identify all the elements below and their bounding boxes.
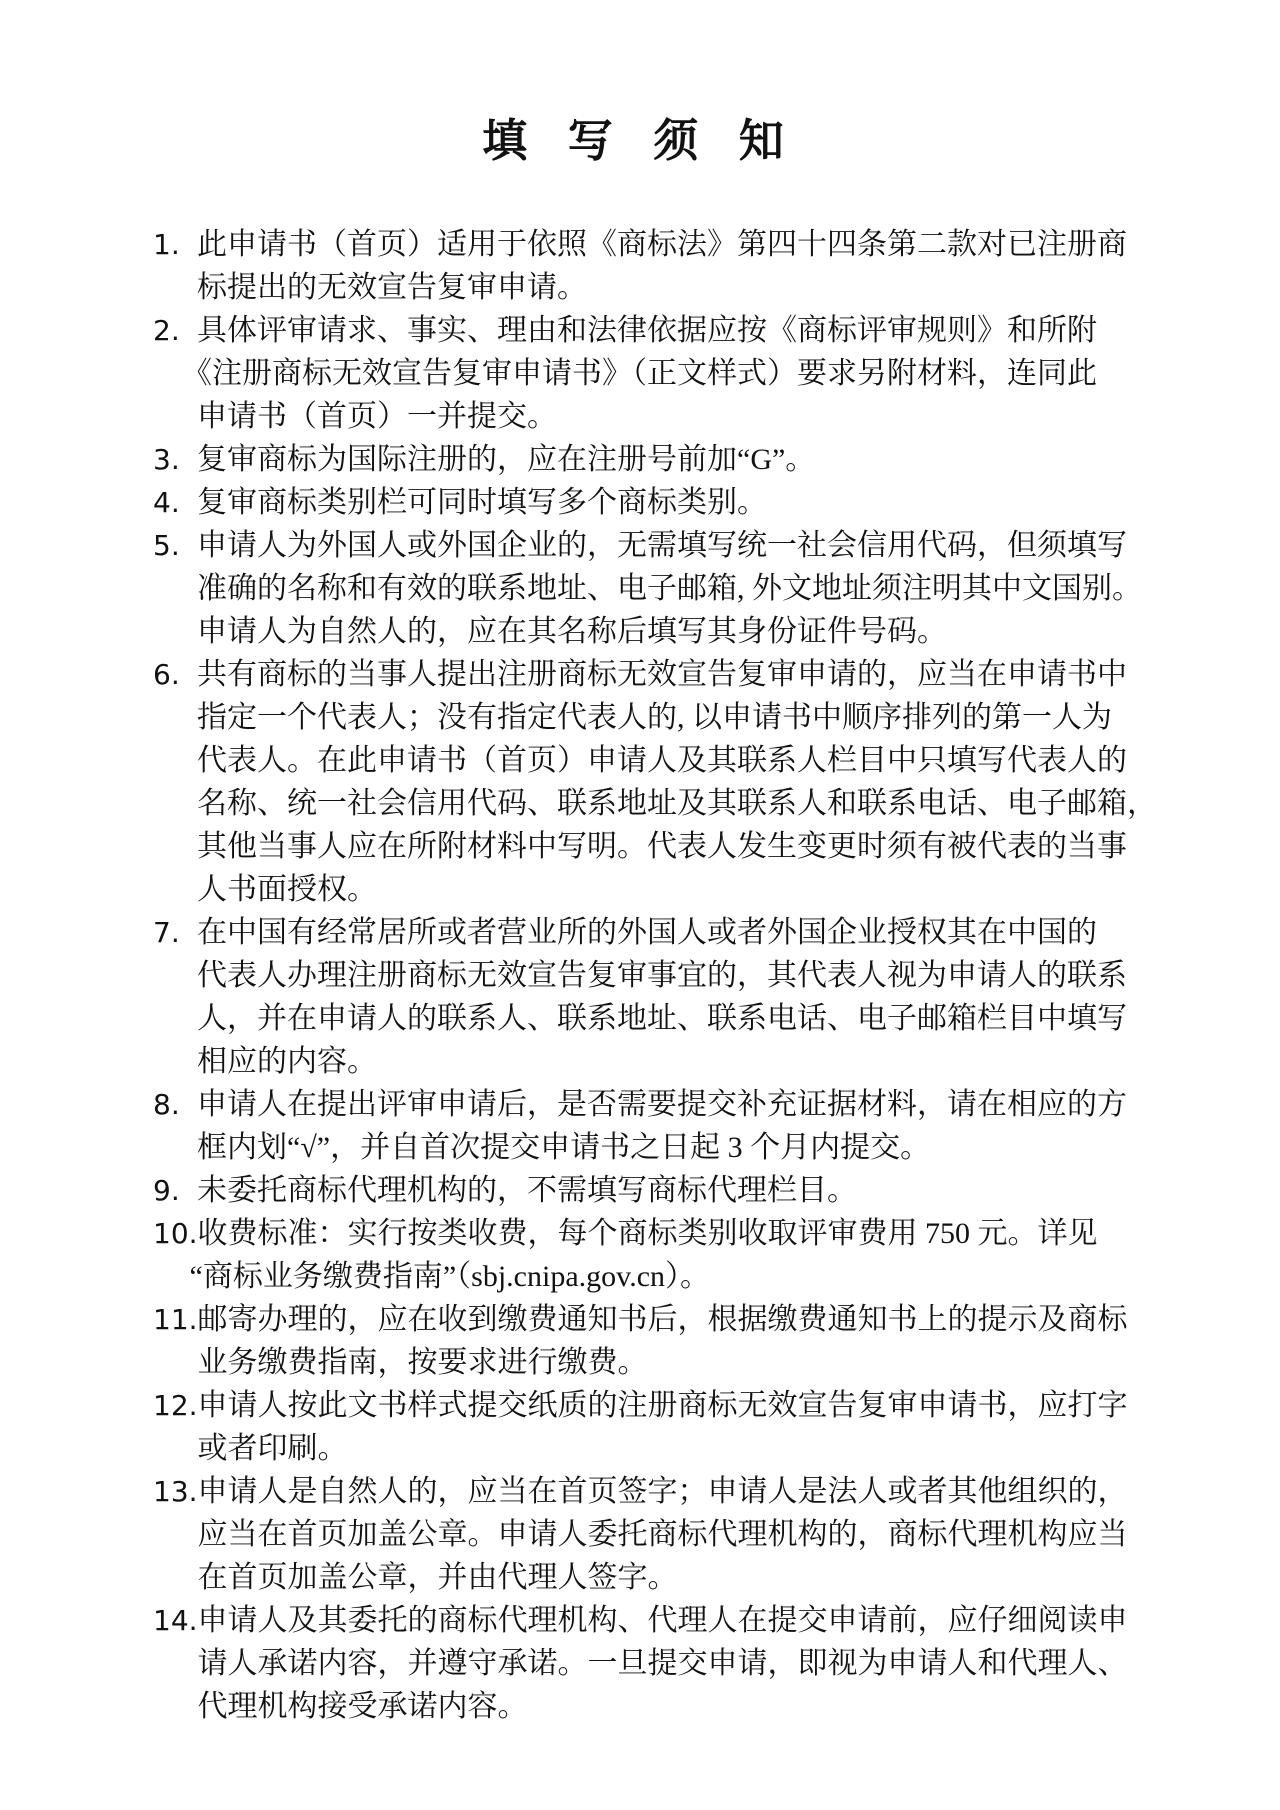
- notice-line: 代理机构接受承诺内容。: [198, 1685, 1163, 1728]
- notice-item-text: 申请人是自然人的，应当在首页签字；申请人是法人或者其他组织的， 应当在首页加盖公…: [198, 1470, 1163, 1599]
- notice-line: 未委托商标代理机构的，不需填写商标代理栏目。: [197, 1169, 1163, 1212]
- notice-line: 申请人为外国人或外国企业的，无需填写统一社会信用代码，但须填写: [197, 524, 1163, 567]
- notice-list: 1. 此申请书（首页）适用于依照《商标法》第四十四条第二款对已注册商 标提出的无…: [153, 223, 1163, 1728]
- notice-item-number: 1.: [153, 223, 197, 266]
- notice-line: 申请人是自然人的，应当在首页签字；申请人是法人或者其他组织的，: [198, 1470, 1163, 1513]
- notice-item-number: 12.: [153, 1384, 198, 1427]
- notice-item-5: 5. 申请人为外国人或外国企业的，无需填写统一社会信用代码，但须填写 准确的名称…: [153, 524, 1163, 653]
- notice-item-9: 9. 未委托商标代理机构的，不需填写商标代理栏目。: [153, 1169, 1163, 1212]
- notice-item-number: 2.: [153, 309, 197, 352]
- notice-item-number: 4.: [153, 481, 197, 524]
- notice-line: 复审商标为国际注册的，应在注册号前加“G”。: [197, 438, 1163, 481]
- notice-line: 应当在首页加盖公章。申请人委托商标代理机构的，商标代理机构应当: [198, 1513, 1163, 1556]
- notice-item-number: 5.: [153, 524, 197, 567]
- notice-line: 相应的内容。: [197, 1040, 1163, 1083]
- notice-line: 业务缴费指南，按要求进行缴费。: [198, 1341, 1163, 1384]
- notice-item-text: 申请人按此文书样式提交纸质的注册商标无效宣告复审申请书，应打字 或者印刷。: [198, 1384, 1163, 1470]
- notice-line: 指定一个代表人；没有指定代表人的, 以申请书中顺序排列的第一人为: [197, 696, 1163, 739]
- notice-item-10: 10. 收费标准：实行按类收费，每个商标类别收取评审费用 750 元。详见 “商…: [153, 1212, 1163, 1298]
- notice-line: 复审商标类别栏可同时填写多个商标类别。: [197, 481, 1163, 524]
- notice-item-text: 收费标准：实行按类收费，每个商标类别收取评审费用 750 元。详见 “商标业务缴…: [198, 1212, 1163, 1298]
- notice-line: 申请书（首页）一并提交。: [197, 395, 1163, 438]
- notice-item-13: 13. 申请人是自然人的，应当在首页签字；申请人是法人或者其他组织的， 应当在首…: [153, 1470, 1163, 1599]
- notice-item-text: 共有商标的当事人提出注册商标无效宣告复审申请的，应当在申请书中 指定一个代表人；…: [197, 653, 1163, 911]
- document-page: 填 写 须 知 1. 此申请书（首页）适用于依照《商标法》第四十四条第二款对已注…: [0, 0, 1280, 1810]
- notice-line: 申请人按此文书样式提交纸质的注册商标无效宣告复审申请书，应打字: [198, 1384, 1163, 1427]
- notice-item-number: 11.: [153, 1298, 198, 1341]
- notice-line: 准确的名称和有效的联系地址、电子邮箱, 外文地址须注明其中文国别。: [197, 567, 1163, 610]
- notice-item-6: 6. 共有商标的当事人提出注册商标无效宣告复审申请的，应当在申请书中 指定一个代…: [153, 653, 1163, 911]
- notice-line: 请人承诺内容，并遵守承诺。一旦提交申请，即视为申请人和代理人、: [198, 1642, 1163, 1685]
- notice-item-text: 邮寄办理的，应在收到缴费通知书后，根据缴费通知书上的提示及商标 业务缴费指南，按…: [198, 1298, 1163, 1384]
- notice-item-number: 3.: [153, 438, 197, 481]
- notice-item-3: 3. 复审商标为国际注册的，应在注册号前加“G”。: [153, 438, 1163, 481]
- notice-line: 名称、统一社会信用代码、联系地址及其联系人和联系电话、电子邮箱，: [197, 782, 1163, 825]
- notice-item-text: 此申请书（首页）适用于依照《商标法》第四十四条第二款对已注册商 标提出的无效宣告…: [197, 223, 1163, 309]
- notice-item-12: 12. 申请人按此文书样式提交纸质的注册商标无效宣告复审申请书，应打字 或者印刷…: [153, 1384, 1163, 1470]
- notice-line: 《注册商标无效宣告复审申请书》（正文样式）要求另附材料，连同此: [182, 352, 1163, 395]
- notice-item-11: 11. 邮寄办理的，应在收到缴费通知书后，根据缴费通知书上的提示及商标 业务缴费…: [153, 1298, 1163, 1384]
- notice-item-text: 复审商标类别栏可同时填写多个商标类别。: [197, 481, 1163, 524]
- notice-item-7: 7. 在中国有经常居所或者营业所的外国人或者外国企业授权其在中国的 代表人办理注…: [153, 911, 1163, 1083]
- notice-item-text: 申请人为外国人或外国企业的，无需填写统一社会信用代码，但须填写 准确的名称和有效…: [197, 524, 1163, 653]
- notice-item-text: 申请人及其委托的商标代理机构、代理人在提交申请前，应仔细阅读申 请人承诺内容，并…: [198, 1599, 1163, 1728]
- notice-item-text: 在中国有经常居所或者营业所的外国人或者外国企业授权其在中国的 代表人办理注册商标…: [197, 911, 1163, 1083]
- notice-item-text: 具体评审请求、事实、理由和法律依据应按《商标评审规则》和所附 《注册商标无效宣告…: [197, 309, 1163, 438]
- notice-item-8: 8. 申请人在提出评审申请后，是否需要提交补充证据材料，请在相应的方 框内划“√…: [153, 1083, 1163, 1169]
- notice-line: 申请人及其委托的商标代理机构、代理人在提交申请前，应仔细阅读申: [198, 1599, 1163, 1642]
- document-title: 填 写 须 知: [0, 104, 1280, 169]
- notice-line: 邮寄办理的，应在收到缴费通知书后，根据缴费通知书上的提示及商标: [198, 1298, 1163, 1341]
- notice-item-text: 复审商标为国际注册的，应在注册号前加“G”。: [197, 438, 1163, 481]
- notice-item-4: 4. 复审商标类别栏可同时填写多个商标类别。: [153, 481, 1163, 524]
- notice-line: 其他当事人应在所附材料中写明。代表人发生变更时须有被代表的当事: [197, 825, 1163, 868]
- notice-line: 代表人办理注册商标无效宣告复审事宜的，其代表人视为申请人的联系: [197, 954, 1163, 997]
- notice-line: 框内划“√”，并自首次提交申请书之日起 3 个月内提交。: [197, 1126, 1163, 1169]
- notice-line: 人书面授权。: [197, 868, 1163, 911]
- notice-line: 在中国有经常居所或者营业所的外国人或者外国企业授权其在中国的: [197, 911, 1163, 954]
- notice-item-number: 6.: [153, 653, 197, 696]
- notice-item-number: 8.: [153, 1083, 197, 1126]
- notice-item-number: 10.: [153, 1212, 198, 1255]
- notice-line: 代表人。在此申请书（首页）申请人及其联系人栏目中只填写代表人的: [197, 739, 1163, 782]
- notice-item-1: 1. 此申请书（首页）适用于依照《商标法》第四十四条第二款对已注册商 标提出的无…: [153, 223, 1163, 309]
- notice-item-14: 14. 申请人及其委托的商标代理机构、代理人在提交申请前，应仔细阅读申 请人承诺…: [153, 1599, 1163, 1728]
- notice-line: “商标业务缴费指南”（sbj.cnipa.gov.cn）。: [190, 1255, 1163, 1298]
- notice-line: 此申请书（首页）适用于依照《商标法》第四十四条第二款对已注册商: [197, 223, 1163, 266]
- notice-item-number: 9.: [153, 1169, 197, 1212]
- notice-item-text: 未委托商标代理机构的，不需填写商标代理栏目。: [197, 1169, 1163, 1212]
- notice-line: 申请人为自然人的，应在其名称后填写其身份证件号码。: [197, 610, 1163, 653]
- notice-item-2: 2. 具体评审请求、事实、理由和法律依据应按《商标评审规则》和所附 《注册商标无…: [153, 309, 1163, 438]
- notice-item-text: 申请人在提出评审申请后，是否需要提交补充证据材料，请在相应的方 框内划“√”，并…: [197, 1083, 1163, 1169]
- notice-line: 共有商标的当事人提出注册商标无效宣告复审申请的，应当在申请书中: [197, 653, 1163, 696]
- notice-line: 标提出的无效宣告复审申请。: [197, 266, 1163, 309]
- notice-line: 申请人在提出评审申请后，是否需要提交补充证据材料，请在相应的方: [197, 1083, 1163, 1126]
- notice-line: 在首页加盖公章，并由代理人签字。: [198, 1556, 1163, 1599]
- notice-line: 具体评审请求、事实、理由和法律依据应按《商标评审规则》和所附: [197, 309, 1163, 352]
- notice-item-number: 13.: [153, 1470, 198, 1513]
- notice-item-number: 14.: [153, 1599, 198, 1642]
- notice-line: 收费标准：实行按类收费，每个商标类别收取评审费用 750 元。详见: [198, 1212, 1163, 1255]
- notice-item-number: 7.: [153, 911, 197, 954]
- notice-line: 人，并在申请人的联系人、联系地址、联系电话、电子邮箱栏目中填写: [197, 997, 1163, 1040]
- notice-line: 或者印刷。: [198, 1427, 1163, 1470]
